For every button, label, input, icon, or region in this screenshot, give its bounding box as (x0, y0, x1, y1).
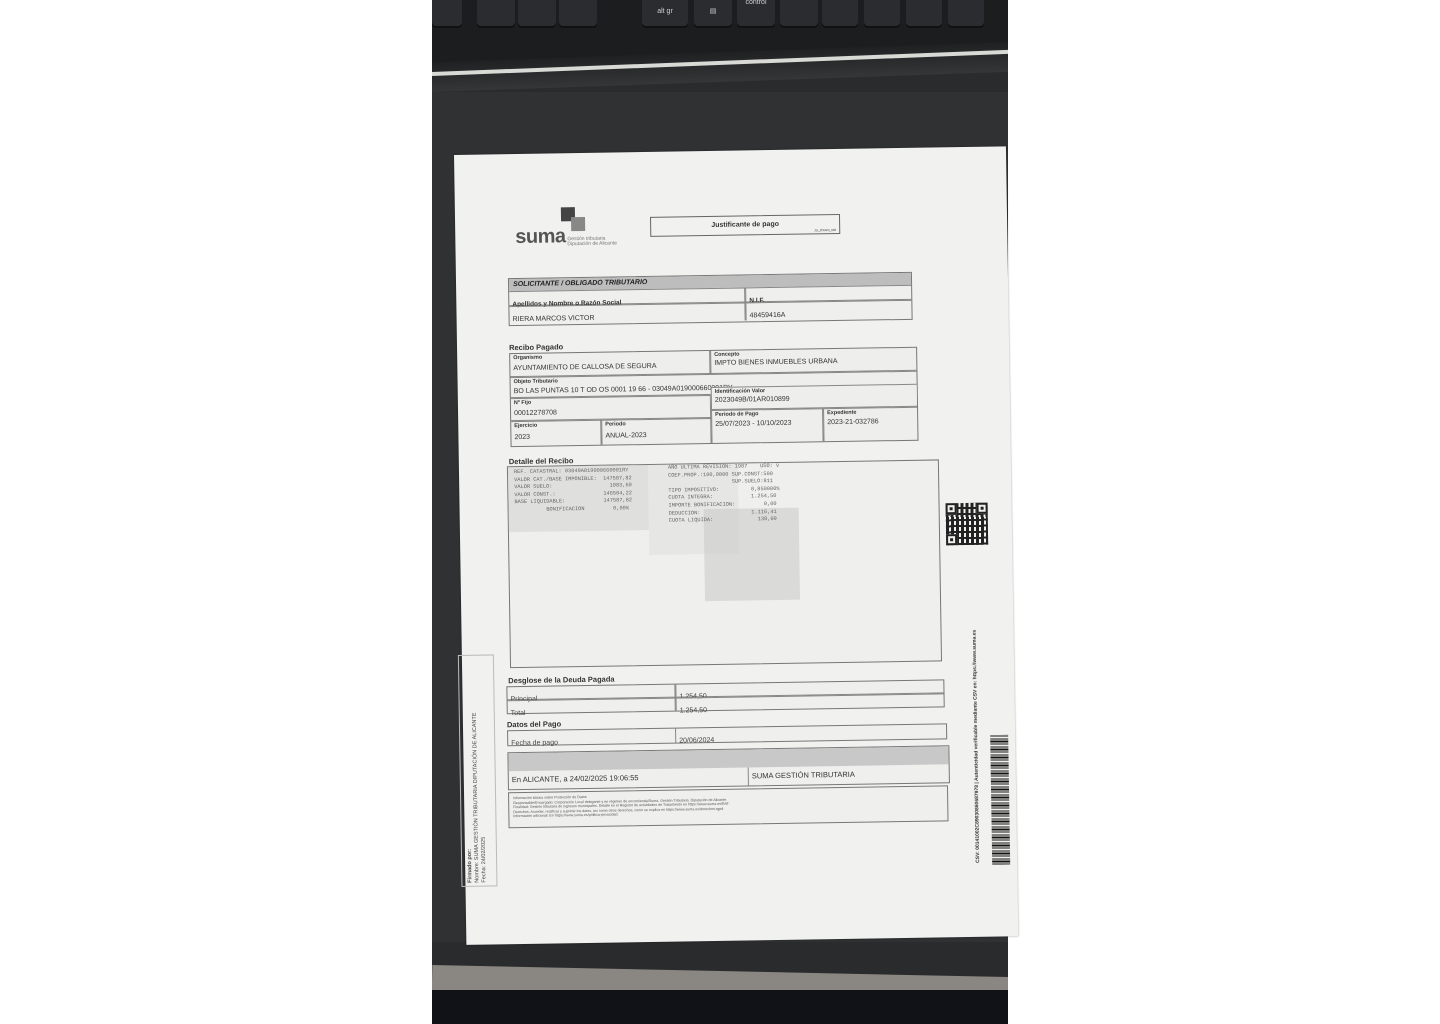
csv-verification-text: CSV: 00141002C89030860687978 | Autentici… (972, 630, 982, 863)
ejercicio-cell: Ejercicio 2023 (511, 420, 601, 446)
keyboard-key (518, 0, 556, 26)
desglose-total-value-cell: 1.254,50 (676, 693, 944, 710)
keyboard-key (906, 0, 942, 26)
keyboard-key (477, 0, 515, 26)
nfijo-label: Nº Fijo (514, 397, 707, 406)
privacy-notice: Información básica sobre Protección de D… (508, 785, 949, 828)
logo-subtitle-line2: Diputación de Alicante (567, 241, 617, 247)
qr-code[interactable] (946, 503, 989, 546)
desglose-title: Desglose de la Deuda Pagada (508, 675, 614, 686)
ejercicio-value: 2023 (514, 433, 597, 441)
nfijo-value: 00012278708 (514, 407, 707, 417)
keyboard-key (432, 0, 462, 26)
keyboard-key-altgr: alt gr (642, 0, 688, 26)
desglose-total-label-cell: Total (508, 698, 676, 714)
desglose-table: Principal 1.254,50 Total 1.254,50 (506, 679, 944, 714)
organismo-cell: Organismo AYUNTAMIENTO DE CALLOSA DE SEG… (510, 351, 710, 377)
solicitante-section: SOLICITANTE / OBLIGADO TRIBUTARIO Apelli… (508, 272, 913, 326)
payment-receipt-document: suma Gestión tributaria Diputación de Al… (454, 146, 1018, 945)
datos-pago-table: Fecha de pago 20/06/2024 (507, 723, 947, 746)
keyboard-key (864, 0, 900, 26)
periodo-pago-cell: Periodo de Pago 25/07/2023 - 10/10/2023 (711, 408, 824, 443)
firma-lugar-fecha: En ALICANTE, a 24/02/2025 19:06:55 (512, 773, 639, 784)
periodo-value: ANUAL-2023 (605, 431, 707, 440)
signature-text: Firmado por: Nombre: SUMA GESTIÓN TRIBUT… (465, 712, 489, 883)
logo-wordmark: suma (515, 225, 566, 248)
nif-value: 48459416A (750, 312, 786, 320)
recibo-section: Organismo AYUNTAMIENTO DE CALLOSA DE SEG… (509, 347, 918, 447)
desglose-total-label: Total (511, 710, 526, 717)
expediente-label: Expediente (827, 409, 914, 416)
qr-finder (977, 503, 988, 514)
keyboard-key-control: control (737, 0, 775, 26)
keyboard-key-menu: ▤ (694, 0, 732, 26)
document-title: Justificante de pago (711, 221, 779, 229)
organismo-label: Organismo (513, 352, 706, 361)
fecha-pago-value: 20/06/2024 (679, 737, 714, 745)
concepto-cell: Concepto IMPTO BIENES INMUEBLES URBANA (710, 348, 916, 374)
document-title-box: Justificante de pago JU_JPAGO_002 (650, 214, 840, 237)
detalle-left-column: REF. CATASTRAL: 03049A019000660001RYVALO… (514, 467, 632, 514)
logo-square-light (571, 217, 585, 231)
keyboard-key (559, 0, 597, 26)
identificacion-cell: Identificación Valor 2023049B/01AR010899 (711, 384, 917, 410)
fecha-pago-value-cell: 20/06/2024 (676, 724, 946, 742)
expediente-cell: Expediente 2023-21-032786 (823, 407, 918, 441)
keyboard-key (822, 0, 858, 26)
firma-entidad-cell: SUMA GESTIÓN TRIBUTARIA (749, 764, 949, 785)
nfijo-cell: Nº Fijo 00012278708 (511, 395, 711, 421)
fecha-pago-label: Fecha de pago (511, 739, 558, 747)
firma-lugar-fecha-cell: En ALICANTE, a 24/02/2025 19:06:55 (509, 767, 749, 789)
logo-subtitle: Gestión tributaria Diputación de Alicant… (567, 236, 617, 247)
floor (432, 990, 1008, 1024)
organismo-value: AYUNTAMIENTO DE CALLOSA DE SEGURA (513, 362, 706, 372)
desglose-total-value: 1.254,50 (680, 707, 707, 714)
keyboard-key (948, 0, 984, 26)
recibo-title: Recibo Pagado (509, 342, 563, 352)
concepto-value: IMPTO BIENES INMUEBLES URBANA (714, 357, 913, 367)
periodo-pago-value: 25/07/2023 - 10/10/2023 (715, 419, 819, 428)
periodo-cell: Periodo ANUAL-2023 (601, 418, 711, 445)
datos-pago-title: Datos del Pago (507, 719, 561, 729)
ejercicio-label: Ejercicio (514, 422, 597, 429)
qr-finder (946, 534, 957, 545)
keyboard-key (780, 0, 818, 26)
suma-logo: suma Gestión tributaria Diputación de Al… (515, 225, 566, 249)
identificacion-value: 2023049B/01AR010899 (715, 394, 914, 404)
name-value-cell: RIERA MARCOS VICTOR (509, 302, 745, 324)
periodo-pago-label: Periodo de Pago (715, 410, 819, 418)
firma-section: En ALICANTE, a 24/02/2025 19:06:55 SUMA … (507, 745, 950, 790)
name-value: RIERA MARCOS VICTOR (513, 315, 595, 323)
detalle-section: REF. CATASTRAL: 03049A019000660001RYVALO… (507, 459, 942, 668)
nif-value-cell: 48459416A (745, 300, 911, 321)
detalle-right-column: AÑO ULTIMA REVISION: 1987 USO: VCOEF.PRO… (668, 463, 780, 525)
firma-entidad: SUMA GESTIÓN TRIBUTARIA (752, 770, 855, 781)
document-code: JU_JPAGO_002 (814, 228, 836, 232)
barcode (990, 734, 1010, 864)
fecha-pago-label-cell: Fecha de pago (508, 729, 676, 746)
qr-finder (946, 503, 957, 514)
expediente-value: 2023-21-032786 (827, 418, 914, 426)
periodo-label: Periodo (605, 420, 707, 428)
